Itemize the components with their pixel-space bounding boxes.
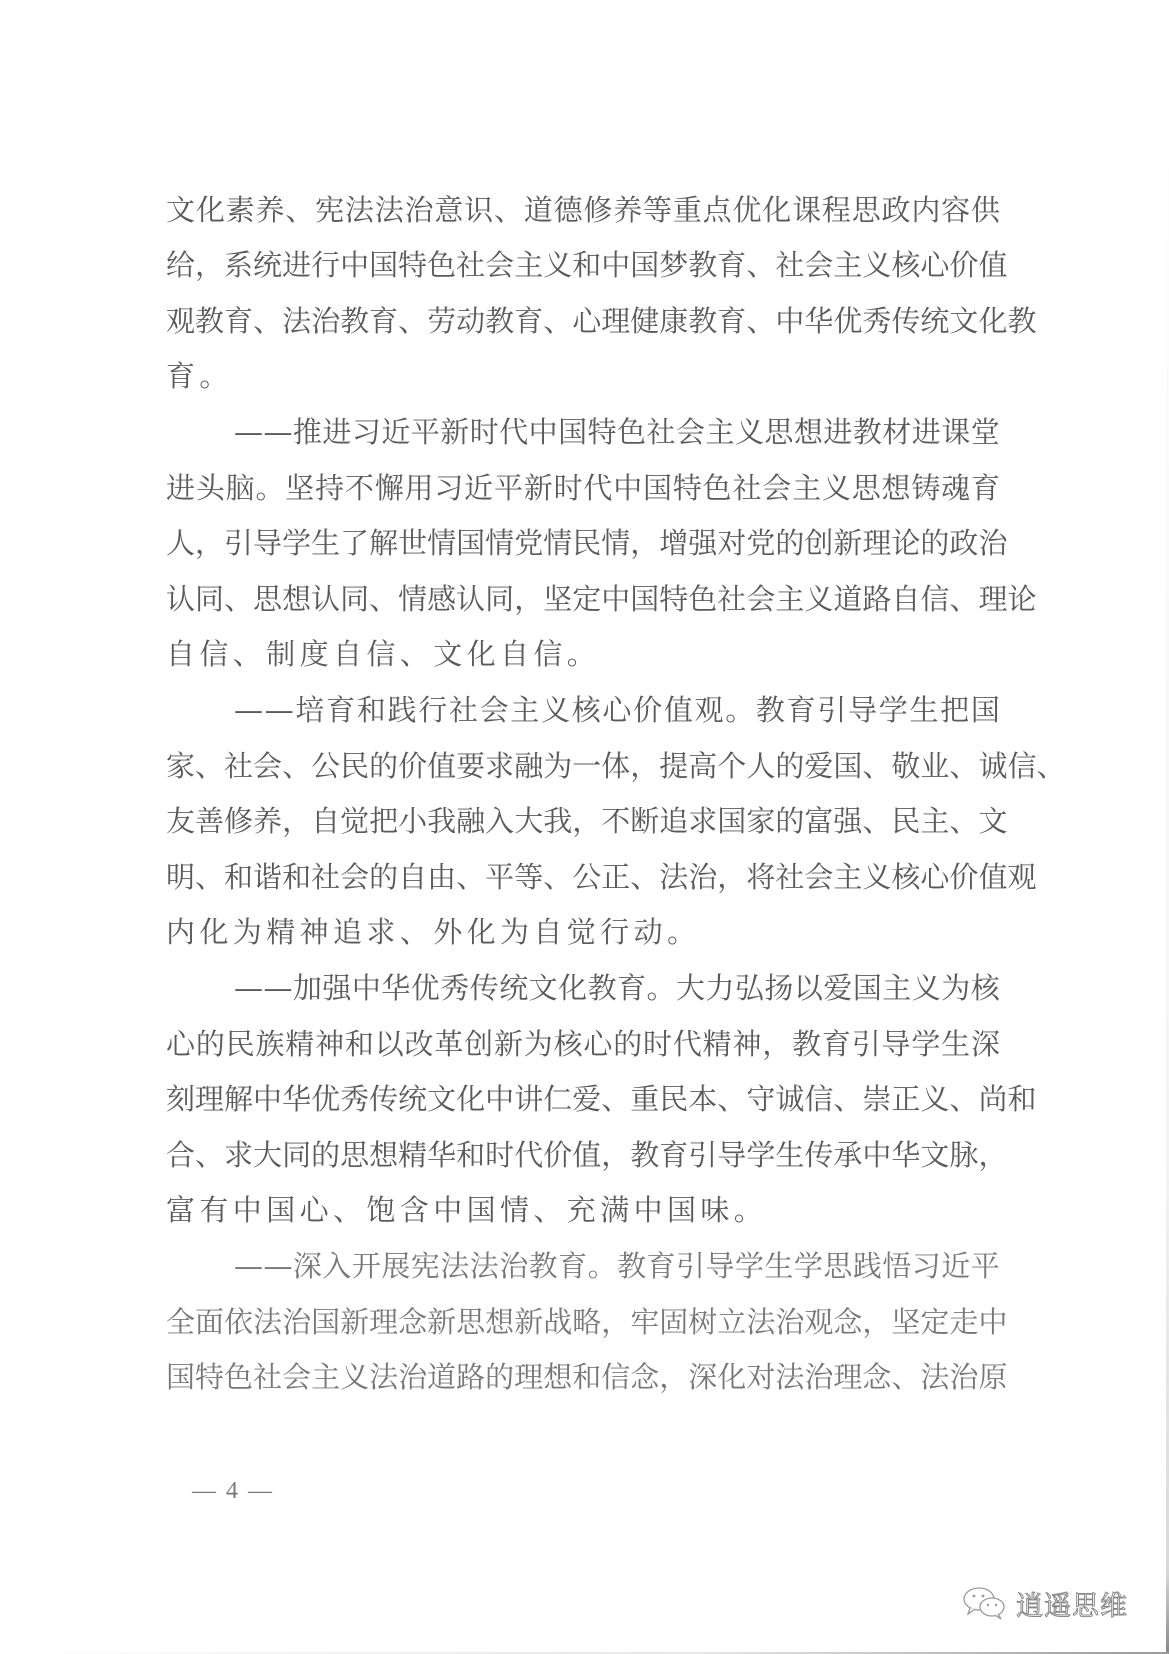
document-page: 文化素养、宪法法治意识、道德修养等重点优化课程思政内容供 给，系统进行中国特色社…	[0, 0, 1169, 1654]
paragraph-heading-line: ——深入开展宪法法治教育。教育引导学生学思践悟习近平	[234, 1246, 1000, 1286]
wechat-icon	[962, 1586, 1008, 1620]
watermark-text: 逍遥思维	[1016, 1584, 1128, 1623]
body-line: 内化为精神追求、外化为自觉行动。	[166, 912, 1000, 952]
body-line: 富有中国心、饱含中国情、充满中国味。	[166, 1190, 1000, 1230]
paragraph-heading-line: ——加强中华优秀传统文化教育。大力弘扬以爱国主义为核	[234, 968, 1000, 1008]
body-line: 人，引导学生了解世情国情党情民情，增强对党的创新理论的政治	[166, 523, 1000, 563]
body-line: 友善修养，自觉把小我融入大我，不断追求国家的富强、民主、文	[166, 801, 1000, 841]
body-line: 心的民族精神和以改革创新为核心的时代精神，教育引导学生深	[166, 1024, 1000, 1064]
watermark: 逍遥思维	[962, 1583, 1128, 1623]
paragraph-heading-line: ——培育和践行社会主义核心价值观。教育引导学生把国	[234, 690, 1000, 730]
body-line: 认同、思想认同、情感认同，坚定中国特色社会主义道路自信、理论	[166, 579, 1000, 619]
paragraph-heading-line: ——推进习近平新时代中国特色社会主义思想进教材进课堂	[234, 412, 1000, 452]
body-line: 明、和谐和社会的自由、平等、公正、法治，将社会主义核心价值观	[166, 857, 1000, 897]
body-line: 全面依法治国新理念新思想新战略，牢固树立法治观念，坚定走中	[166, 1302, 1000, 1342]
body-line: 观教育、法治教育、劳动教育、心理健康教育、中华优秀传统文化教	[166, 301, 1000, 341]
body-line: 家、社会、公民的价值要求融为一体，提高个人的爱国、敬业、诚信、	[166, 746, 1000, 786]
body-line: 自信、制度自信、文化自信。	[166, 634, 1000, 674]
body-line: 合、求大同的思想精华和时代价值，教育引导学生传承中华文脉，	[166, 1135, 1000, 1175]
page-number: — 4 —	[192, 1478, 274, 1505]
body-line: 刻理解中华优秀传统文化中讲仁爱、重民本、守诚信、崇正义、尚和	[166, 1079, 1000, 1119]
body-line: 国特色社会主义法治道路的理想和信念，深化对法治理念、法治原	[166, 1357, 1000, 1397]
body-line: 育。	[166, 356, 1000, 396]
body-line: 给，系统进行中国特色社会主义和中国梦教育、社会主义核心价值	[166, 245, 1000, 285]
body-line: 进头脑。坚持不懈用习近平新时代中国特色社会主义思想铸魂育	[166, 468, 1000, 508]
body-line: 文化素养、宪法法治意识、道德修养等重点优化课程思政内容供	[166, 190, 1000, 230]
